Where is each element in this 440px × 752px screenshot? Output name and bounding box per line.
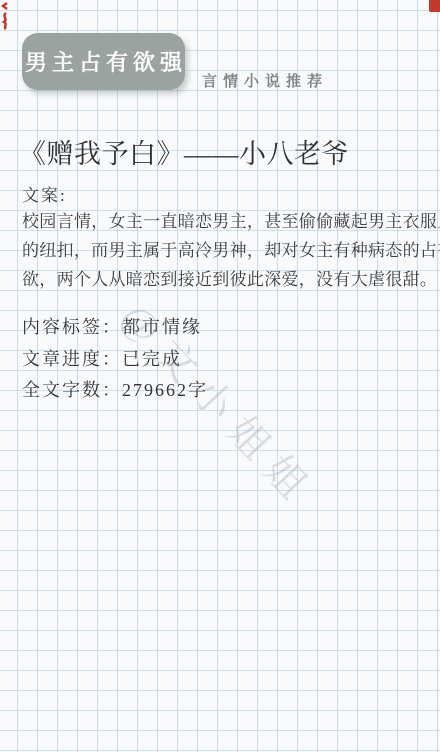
meta-tags-line: 内容标签：都市情缘 [22,313,202,339]
synopsis-line: 欲，两个人从暗恋到接近到彼此深爱，没有大虐很甜。 [22,265,432,290]
meta-progress-value: 已完成 [122,349,182,369]
card-subtitle: 言情小说推荐 [202,70,328,91]
red-edge-mark-left [0,2,10,30]
meta-progress-label: 文章进度： [22,349,122,369]
red-edge-mark-left-stroke-1 [3,3,7,9]
meta-wordcount-value: 279662字 [122,380,208,400]
meta-wordcount-line: 全文字数：279662字 [22,376,208,402]
synopsis-line: 的纽扣，而男主属于高冷男神，却对女主有种病态的占有 [22,236,432,261]
meta-progress-line: 文章进度：已完成 [22,345,182,371]
novel-recommendation-card: 男主占有欲强 言情小说推荐 《赠我予白》——小八老爷 文案: 校园言情，女主一直… [0,0,440,752]
meta-wordcount-label: 全文字数： [22,380,122,400]
meta-tags-label: 内容标签： [22,317,122,337]
red-corner-mark-right [429,0,440,12]
meta-tags-value: 都市情缘 [122,317,202,337]
synopsis-label: 文案: [22,181,67,206]
synopsis-line: 校园言情，女主一直暗恋男主，甚至偷偷藏起男主衣服上 [22,207,432,232]
category-badge: 男主占有欲强 [22,33,185,90]
category-badge-label: 男主占有欲强 [20,46,187,77]
book-title-line: 《赠我予白》——小八老爷 [19,132,349,171]
red-edge-mark-left-stroke-2 [4,13,6,29]
